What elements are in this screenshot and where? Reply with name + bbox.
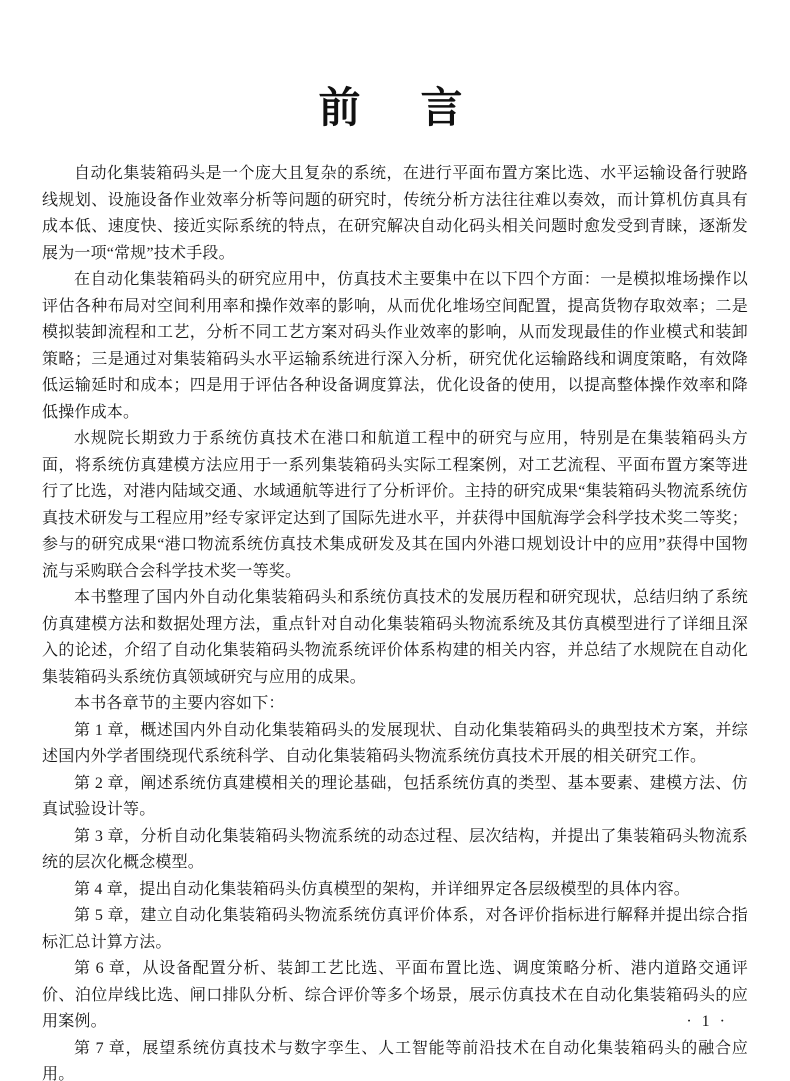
para-chapter-6: 第 6 章，从设备配置分析、装卸工艺比选、平面布置比选、调度策略分析、港内道路交… xyxy=(42,956,748,1036)
para-intro-simulation: 自动化集装箱码头是一个庞大且复杂的系统，在进行平面布置方案比选、水平运输设备行驶… xyxy=(42,161,748,267)
book-page: 前 言 自动化集装箱码头是一个庞大且复杂的系统，在进行平面布置方案比选、水平运输… xyxy=(0,0,790,1081)
para-chapter-4: 第 4 章，提出自动化集装箱码头仿真模型的架构，并详细界定各层级模型的具体内容。 xyxy=(42,877,748,904)
page-number: · 1 · xyxy=(686,1013,728,1031)
para-book-overview: 本书整理了国内外自动化集装箱码头和系统仿真技术的发展历程和研究现状，总结归纳了系… xyxy=(42,585,748,691)
para-four-application-areas: 在自动化集装箱码头的研究应用中，仿真技术主要集中在以下四个方面：一是模拟堆场操作… xyxy=(42,267,748,426)
para-chapter-3: 第 3 章，分析自动化集装箱码头物流系统的动态过程、层次结构，并提出了集装箱码头… xyxy=(42,824,748,877)
para-chapters-lead-in: 本书各章节的主要内容如下： xyxy=(42,691,748,718)
preface-body: 自动化集装箱码头是一个庞大且复杂的系统，在进行平面布置方案比选、水平运输设备行驶… xyxy=(42,161,748,1081)
para-chapter-7: 第 7 章，展望系统仿真技术与数字孪生、人工智能等前沿技术在自动化集装箱码头的融… xyxy=(42,1036,748,1081)
para-chapter-5: 第 5 章，建立自动化集装箱码头物流系统仿真评价体系，对各评价指标进行解释并提出… xyxy=(42,903,748,956)
para-institute-achievements: 水规院长期致力于系统仿真技术在港口和航道工程中的研究与应用，特别是在集装箱码头方… xyxy=(42,426,748,585)
para-chapter-2: 第 2 章，阐述系统仿真建模相关的理论基础，包括系统仿真的类型、基本要素、建模方… xyxy=(42,771,748,824)
preface-title: 前 言 xyxy=(42,86,748,130)
para-chapter-1: 第 1 章，概述国内外自动化集装箱码头的发展现状、自动化集装箱码头的典型技术方案… xyxy=(42,718,748,771)
